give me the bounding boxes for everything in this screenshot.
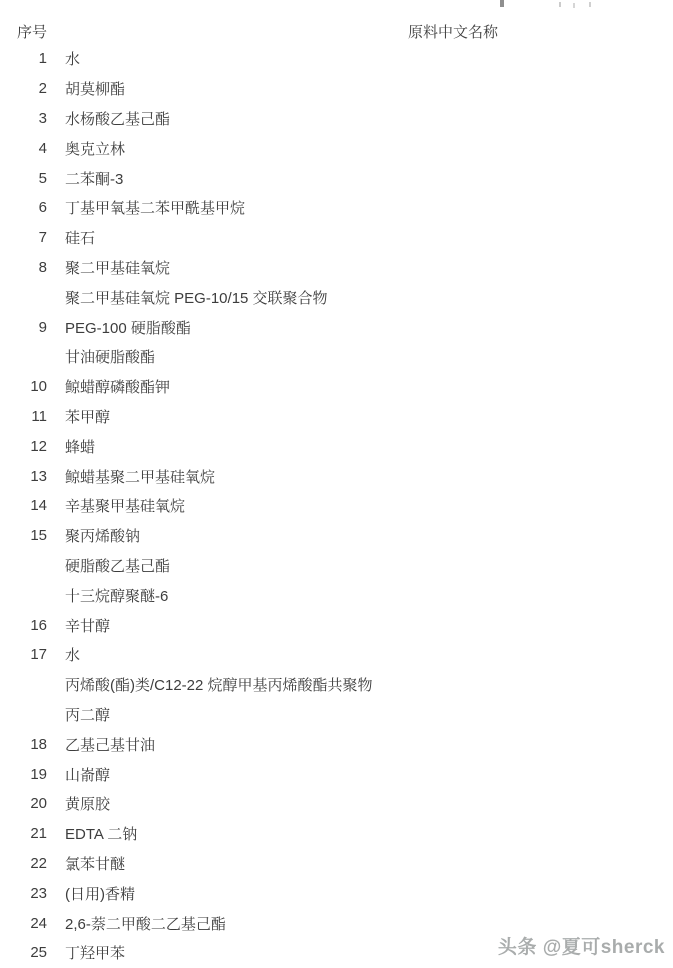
ingredient-name: (日用)香精 — [65, 883, 135, 904]
row-number: 2 — [0, 80, 47, 97]
watermark-text: 头条 @夏可sherck — [498, 937, 665, 958]
row-number: 21 — [0, 825, 47, 842]
ingredient-name: 辛基聚甲基硅氧烷 — [65, 495, 185, 516]
ingredient-name: EDTA 二钠 — [65, 823, 137, 844]
table-row: 5 二苯酮-3 — [0, 163, 673, 193]
ingredient-name: 奥克立林 — [65, 138, 125, 159]
table-row: 8 聚二甲基硅氧烷 — [0, 253, 673, 283]
table-row: 硬脂酸乙基己酯 — [0, 551, 673, 581]
table-row: 18 乙基己基甘油 — [0, 729, 673, 759]
ingredient-name: 聚二甲基硅氧烷 PEG-10/15 交联聚合物 — [65, 287, 328, 308]
row-number: 6 — [0, 199, 47, 216]
ingredient-name: 聚二甲基硅氧烷 — [65, 257, 170, 278]
ingredient-list-page: 序号 原料中文名称 1 水 2 胡莫柳酯 3 水杨酸乙基己酯 4 奥克立林 5 … — [0, 0, 673, 968]
row-number: 25 — [0, 944, 47, 961]
table-row: 4 奥克立林 — [0, 133, 673, 163]
table-row: 15 聚丙烯酸钠 — [0, 521, 673, 551]
row-number: 22 — [0, 855, 47, 872]
ingredient-name: 水 — [65, 644, 80, 665]
row-number: 20 — [0, 795, 47, 812]
ingredient-name: 甘油硬脂酸酯 — [65, 346, 155, 367]
ingredient-name: 氯苯甘醚 — [65, 853, 125, 874]
ingredient-name: 2,6-萘二甲酸二乙基己酯 — [65, 913, 226, 934]
ingredient-name: 辛甘醇 — [65, 615, 110, 636]
row-number: 3 — [0, 110, 47, 127]
row-number: 9 — [0, 319, 47, 336]
ingredient-name: 丙烯酸(酯)类/C12-22 烷醇甲基丙烯酸酯共聚物 — [65, 674, 373, 695]
row-number: 1 — [0, 50, 47, 67]
ingredient-name: 丙二醇 — [65, 704, 110, 725]
table-row: 22 氯苯甘醚 — [0, 849, 673, 879]
ingredient-name: 丁基甲氧基二苯甲酰基甲烷 — [65, 197, 245, 218]
row-number: 15 — [0, 527, 47, 544]
table-row: 23 (日用)香精 — [0, 878, 673, 908]
ingredient-name: 二苯酮-3 — [65, 168, 123, 189]
row-number: 7 — [0, 229, 47, 246]
header-ingredient-name: 原料中文名称 — [408, 21, 498, 42]
table-row: 17 水 — [0, 640, 673, 670]
row-number: 10 — [0, 378, 47, 395]
table-row: 6 丁基甲氧基二苯甲酰基甲烷 — [0, 193, 673, 223]
ingredient-name: PEG-100 硬脂酸酯 — [65, 317, 191, 338]
ingredient-name: 蜂蜡 — [65, 436, 95, 457]
table-row: 7 硅石 — [0, 223, 673, 253]
ingredient-name: 乙基己基甘油 — [65, 734, 155, 755]
row-number: 4 — [0, 140, 47, 157]
ingredient-name: 硅石 — [65, 227, 95, 248]
table-row: 12 蜂蜡 — [0, 431, 673, 461]
table-row: 20 黄原胶 — [0, 789, 673, 819]
table-row: 丙烯酸(酯)类/C12-22 烷醇甲基丙烯酸酯共聚物 — [0, 670, 673, 700]
row-number: 23 — [0, 885, 47, 902]
row-number: 13 — [0, 468, 47, 485]
ingredient-name: 水 — [65, 48, 80, 69]
table-row: 14 辛基聚甲基硅氧烷 — [0, 491, 673, 521]
table-row: 2 胡莫柳酯 — [0, 74, 673, 104]
table-row: 21 EDTA 二钠 — [0, 819, 673, 849]
ingredient-name: 丁羟甲苯 — [65, 942, 125, 963]
table-row: 3 水杨酸乙基己酯 — [0, 104, 673, 134]
row-number: 5 — [0, 170, 47, 187]
ingredient-name: 水杨酸乙基己酯 — [65, 108, 170, 129]
row-number: 12 — [0, 438, 47, 455]
table-row: 甘油硬脂酸酯 — [0, 342, 673, 372]
row-number: 18 — [0, 736, 47, 753]
row-number: 16 — [0, 617, 47, 634]
ingredient-name: 鲸蜡醇磷酸酯钾 — [65, 376, 170, 397]
row-number: 24 — [0, 915, 47, 932]
header-index-column: 序号 — [0, 21, 47, 42]
ingredient-name: 山嵛醇 — [65, 764, 110, 785]
ingredient-name: 聚丙烯酸钠 — [65, 525, 140, 546]
row-number: 8 — [0, 259, 47, 276]
row-number: 17 — [0, 646, 47, 663]
table-row: 聚二甲基硅氧烷 PEG-10/15 交联聚合物 — [0, 282, 673, 312]
watermark: 头条 @夏可sherck — [498, 932, 665, 959]
table-row: 10 鲸蜡醇磷酸酯钾 — [0, 372, 673, 402]
ingredient-name: 硬脂酸乙基己酯 — [65, 555, 170, 576]
ingredient-name: 胡莫柳酯 — [65, 78, 125, 99]
clipped-text-fragment — [500, 0, 504, 7]
table-row: 13 鲸蜡基聚二甲基硅氧烷 — [0, 461, 673, 491]
table-row: 1 水 — [0, 44, 673, 74]
ingredient-name: 鲸蜡基聚二甲基硅氧烷 — [65, 466, 215, 487]
table-row: 9 PEG-100 硬脂酸酯 — [0, 312, 673, 342]
row-number: 19 — [0, 766, 47, 783]
row-number: 14 — [0, 497, 47, 514]
ingredient-name: 黄原胶 — [65, 793, 110, 814]
table-row: 丙二醇 — [0, 700, 673, 730]
table-row: 十三烷醇聚醚-6 — [0, 580, 673, 610]
ingredient-name: 十三烷醇聚醚-6 — [65, 585, 168, 606]
table-row: 19 山嵛醇 — [0, 759, 673, 789]
table-row: 11 苯甲醇 — [0, 402, 673, 432]
table-header: 序号 原料中文名称 — [0, 0, 673, 44]
ingredient-name: 苯甲醇 — [65, 406, 110, 427]
row-number: 11 — [0, 408, 47, 425]
table-body: 1 水 2 胡莫柳酯 3 水杨酸乙基己酯 4 奥克立林 5 二苯酮-3 6 丁基… — [0, 44, 673, 968]
table-row: 16 辛甘醇 — [0, 610, 673, 640]
